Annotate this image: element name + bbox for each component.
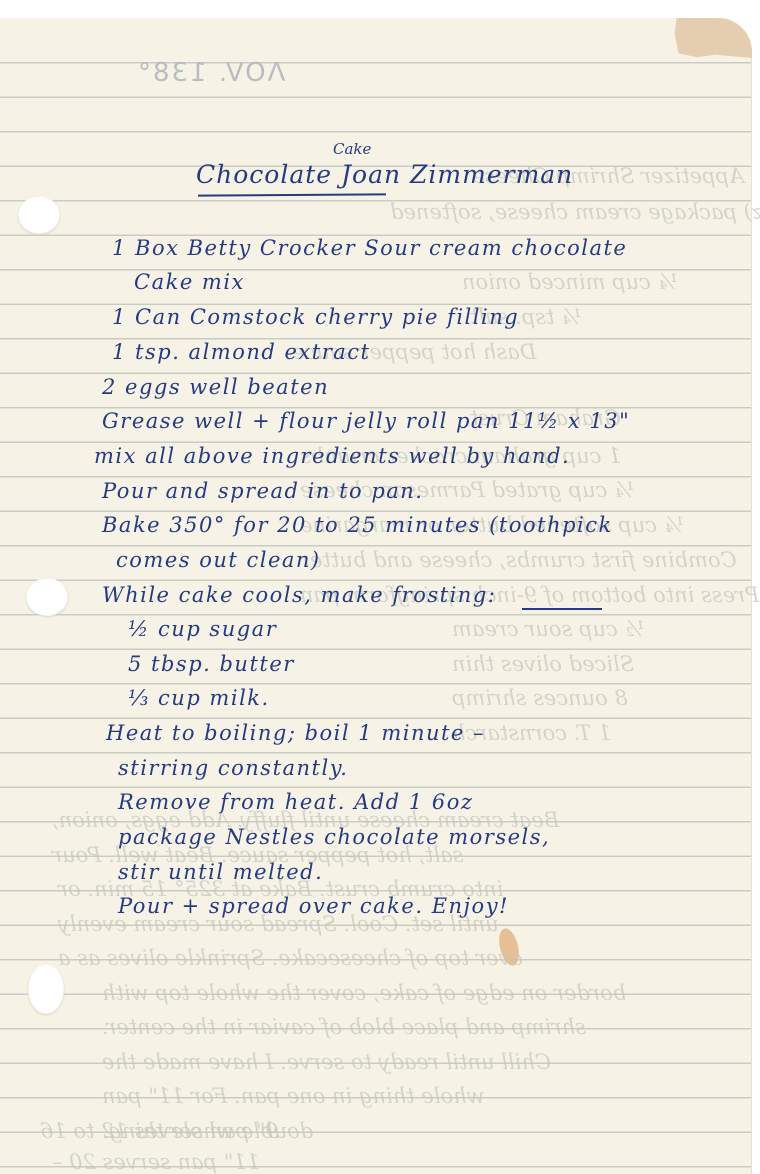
bleed-through-line: Combine first crumbs, cheese and butter [300, 548, 737, 572]
recipe-line: package Nestles chocolate morsels, [118, 825, 550, 849]
punch-hole-bottom [28, 964, 64, 1014]
reference-number: ΛOV. 138° [136, 58, 285, 88]
recipe-line: Cake mix [134, 270, 245, 294]
recipe-line: Remove from heat. Add 1 6oz [118, 790, 473, 814]
recipe-line: mix all above ingredients well by hand. [94, 444, 570, 468]
bleed-through-line: Sliced olives thin [452, 652, 634, 676]
recipe-line: stirring constantly. [118, 756, 348, 780]
bleed-through-line: 1(8oz) package cream cheese, softened [390, 200, 760, 224]
recipe-line: Bake 350° for 20 to 25 minutes (toothpic… [102, 513, 613, 537]
bleed-through-line: Chill until ready to serve. I have made … [102, 1050, 551, 1074]
bleed-through-line: border on edge of cake, cover the whole … [102, 981, 626, 1005]
bleed-through-line: 8 ounces shrimp [452, 686, 628, 710]
recipe-line: comes out clean) [116, 548, 321, 572]
frosting-underline [522, 608, 602, 610]
recipe-line: 1 tsp. almond extract [112, 340, 370, 364]
recipe-line: 1 Can Comstock cherry pie filling [112, 305, 519, 329]
punch-hole-middle [26, 578, 68, 616]
recipe-line: stir until melted. [118, 860, 323, 884]
bleed-through-line: whole thing in one pan. For 11" pan [102, 1084, 485, 1108]
recipe-line: ½ cup sugar [128, 617, 277, 641]
recipe-line: 2 eggs well beaten [102, 375, 329, 399]
recipe-line: ⅓ cup milk. [128, 686, 270, 710]
title-insert-cake: Cake [333, 140, 371, 158]
punch-hole-top [18, 196, 60, 234]
recipe-line: Pour + spread over cake. Enjoy! [118, 894, 509, 918]
corner-stain [660, 18, 752, 58]
recipe-title: Chocolate Joan Zimmerman [196, 160, 573, 189]
bleed-through-line: ½ cup sour cream [452, 617, 645, 641]
bleed-through-line: 11" pan serves 20 – [52, 1150, 260, 1174]
bleed-through-line: over top of cheesecake. Sprinkle olives … [58, 946, 523, 970]
recipe-line: Pour and spread in to pan. [102, 479, 424, 503]
bleed-through-line: shrimp and place blob of caviar in the c… [102, 1015, 586, 1039]
recipe-line: Grease well + flour jelly roll pan 11½ x… [102, 409, 630, 433]
recipe-line: 1 Box Betty Crocker Sour cream chocolate [112, 236, 627, 260]
recipe-line: While cake cools, make frosting: [102, 583, 496, 607]
bleed-through-line: ¼ cup minced onion [462, 270, 678, 294]
recipe-line: Heat to boiling; boil 1 minute – [106, 721, 485, 745]
bleed-through-line: 9" pan serves 12 to 16 [40, 1119, 279, 1143]
recipe-line: 5 tbsp. butter [128, 652, 295, 676]
